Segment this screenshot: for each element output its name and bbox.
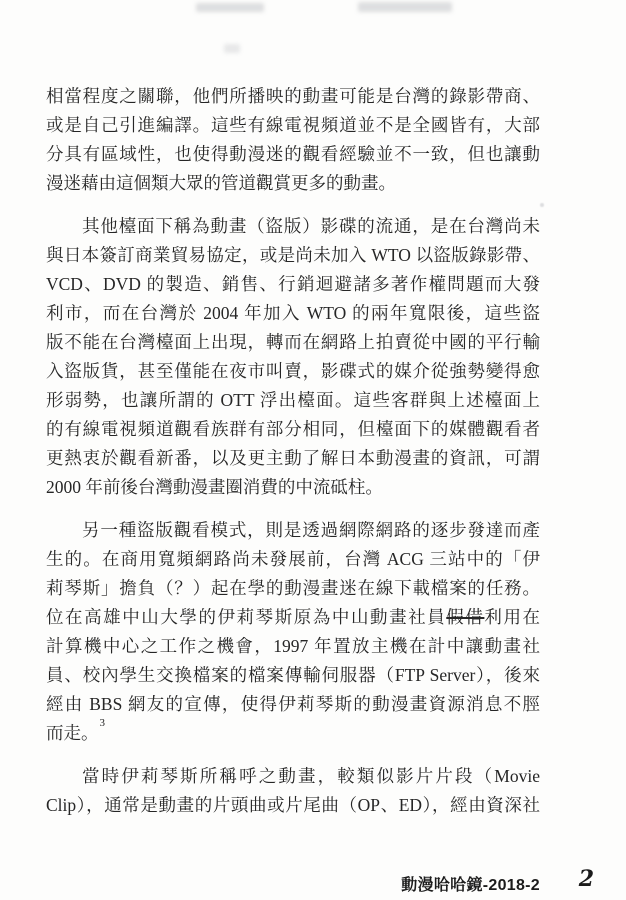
text-segment: VCD、DVD 的製造、銷售、行銷迴避諸多著作權問題而大發: [46, 274, 540, 294]
bleed-through-artifact: [196, 3, 264, 12]
text-segment: 的有線電視頻道觀看族群有部分相同，但檯面下的媒體觀看者: [46, 419, 540, 439]
text-line: 或是自己引進編譯。這些有線電視頻道並不是全國皆有，大部: [46, 111, 540, 140]
bleed-through-artifact: [224, 44, 240, 53]
text-line: 生的。在商用寬頻網路尚未發展前，台灣 ACG 三站中的「伊: [46, 545, 540, 574]
text-line: 相當程度之關聯，他們所播映的動畫可能是台灣的錄影帶商、: [46, 82, 540, 111]
text-line: 其他檯面下稱為動畫（盜版）影碟的流通，是在台灣尚未: [46, 212, 540, 241]
text-segment: 形弱勢，也讓所謂的 OTT 浮出檯面。這些客群與上述檯面上: [46, 390, 540, 410]
struck-text: 假借: [446, 607, 484, 627]
paragraph: 相當程度之關聯，他們所播映的動畫可能是台灣的錄影帶商、或是自己引進編譯。這些有線…: [46, 82, 540, 198]
text-segment: 相當程度之關聯，他們所播映的動畫可能是台灣的錄影帶商、: [46, 86, 540, 106]
text-line: 利市，而在台灣於 2004 年加入 WTO 的兩年寬限後，這些盜: [46, 299, 540, 328]
text-line: VCD、DVD 的製造、銷售、行銷迴避諸多著作權問題而大發: [46, 270, 540, 299]
text-line: 莉琴斯」擔負（？）起在學的動漫畫迷在線下載檔案的任務。: [46, 574, 540, 603]
text-segment: 生的。在商用寬頻網路尚未發展前，台灣 ACG 三站中的「伊: [46, 549, 540, 569]
text-segment: 與日本簽訂商業貿易協定，或是尚未加入 WTO 以盜版錄影帶、: [46, 245, 540, 265]
text-line: 形弱勢，也讓所謂的 OTT 浮出檯面。這些客群與上述檯面上: [46, 386, 540, 415]
footer-page-number: 2: [579, 866, 594, 892]
paragraph: 其他檯面下稱為動畫（盜版）影碟的流通，是在台灣尚未與日本簽訂商業貿易協定，或是尚…: [46, 212, 540, 502]
paragraph: 當時伊莉琴斯所稱呼之動畫，較類似影片片段（MovieClip），通常是動畫的片頭…: [46, 762, 540, 820]
bleed-through-artifact: [358, 2, 452, 12]
text-line: 而走。3: [46, 719, 540, 748]
text-segment: 計算機中心之工作之機會，1997 年置放主機在計中讓動畫社: [46, 636, 540, 656]
text-line: 版不能在台灣檯面上出現，轉而在網路上拍賣從中國的平行輸: [46, 328, 540, 357]
text-segment: 2000 年前後台灣動漫畫圈消費的中流砥柱。: [46, 477, 383, 497]
text-line: 與日本簽訂商業貿易協定，或是尚未加入 WTO 以盜版錄影帶、: [46, 241, 540, 270]
text-line: Clip），通常是動畫的片頭曲或片尾曲（OP、ED），經由資深社: [46, 791, 540, 820]
text-line: 計算機中心之工作之機會，1997 年置放主機在計中讓動畫社: [46, 632, 540, 661]
text-line: 經由 BBS 網友的宣傳，使得伊莉琴斯的動漫畫資源消息不脛: [46, 690, 540, 719]
text-segment: 利市，而在台灣於 2004 年加入 WTO 的兩年寬限後，這些盜: [46, 303, 540, 323]
text-segment: 分具有區域性，也使得動漫迷的觀看經驗並不一致，但也讓動: [46, 144, 540, 164]
text-segment: 而走。: [46, 723, 99, 743]
text-segment: 另一種盜版觀看模式，則是透過網際網路的逐步發達而產: [82, 520, 540, 540]
text-segment: 經由 BBS 網友的宣傳，使得伊莉琴斯的動漫畫資源消息不脛: [46, 694, 540, 714]
text-segment: 或是自己引進編譯。這些有線電視頻道並不是全國皆有，大部: [46, 115, 540, 135]
text-segment: 莉琴斯」擔負（？）起在學的動漫畫迷在線下載檔案的任務。: [46, 578, 540, 598]
text-line: 分具有區域性，也使得動漫迷的觀看經驗並不一致，但也讓動: [46, 140, 540, 169]
text-segment: 利用在: [484, 607, 540, 627]
text-segment: Clip），通常是動畫的片頭曲或片尾曲（OP、ED），經由資深社: [46, 795, 540, 815]
text-line: 更熱衷於觀看新番，以及更主動了解日本動漫畫的資訊，可謂: [46, 444, 540, 473]
text-line: 位在高雄中山大學的伊莉琴斯原為中山動畫社員假借利用在: [46, 603, 540, 632]
text-segment: 入盜版貨，甚至僅能在夜市叫賣，影碟式的媒介從強勢變得愈: [46, 361, 540, 381]
text-line: 漫迷藉由這個類大眾的管道觀賞更多的動畫。: [46, 169, 540, 198]
text-segment: 版不能在台灣檯面上出現，轉而在網路上拍賣從中國的平行輸: [46, 332, 540, 352]
paragraph: 另一種盜版觀看模式，則是透過網際網路的逐步發達而產生的。在商用寬頻網路尚未發展前…: [46, 516, 540, 748]
text-line: 另一種盜版觀看模式，則是透過網際網路的逐步發達而產: [46, 516, 540, 545]
text-line: 當時伊莉琴斯所稱呼之動畫，較類似影片片段（Movie: [46, 762, 540, 791]
text-line: 入盜版貨，甚至僅能在夜市叫賣，影碟式的媒介從強勢變得愈: [46, 357, 540, 386]
text-line: 員、校內學生交換檔案的檔案傳輸伺服器（FTP Server），後來: [46, 661, 540, 690]
text-segment: 當時伊莉琴斯所稱呼之動畫，較類似影片片段（Movie: [82, 766, 540, 786]
text-segment: 更熱衷於觀看新番，以及更主動了解日本動漫畫的資訊，可謂: [46, 448, 540, 468]
footer-running-title: 動漫哈哈鏡-2018-2: [401, 872, 540, 895]
text-line: 的有線電視頻道觀看族群有部分相同，但檯面下的媒體觀看者: [46, 415, 540, 444]
text-segment: 位在高雄中山大學的伊莉琴斯原為中山動畫社員: [46, 607, 446, 627]
text-segment: 漫迷藉由這個類大眾的管道觀賞更多的動畫。: [46, 173, 396, 193]
body-text: 相當程度之關聯，他們所播映的動畫可能是台灣的錄影帶商、或是自己引進編譯。這些有線…: [46, 82, 540, 820]
scan-noise-dot: [540, 203, 544, 207]
document-page: 相當程度之關聯，他們所播映的動畫可能是台灣的錄影帶商、或是自己引進編譯。這些有線…: [0, 0, 626, 900]
footnote-marker: 3: [100, 717, 106, 729]
text-segment: 員、校內學生交換檔案的檔案傳輸伺服器（FTP Server），後來: [46, 665, 540, 685]
text-line: 2000 年前後台灣動漫畫圈消費的中流砥柱。: [46, 473, 540, 502]
text-segment: 其他檯面下稱為動畫（盜版）影碟的流通，是在台灣尚未: [82, 216, 540, 236]
